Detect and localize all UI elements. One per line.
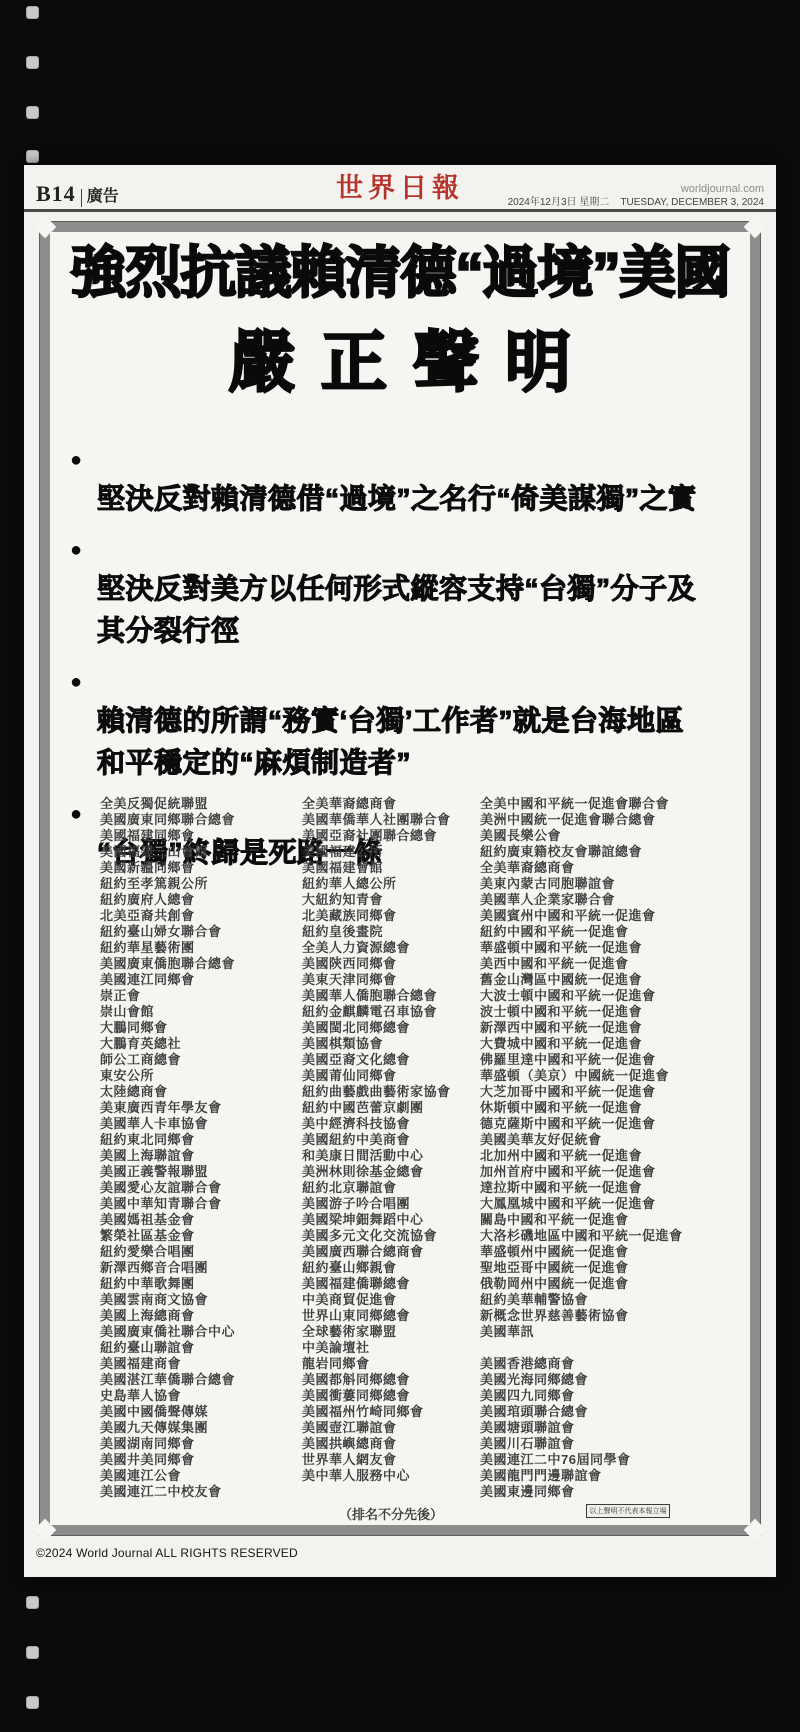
org-list-item: 德克薩斯中國和平統一促進會 xyxy=(480,1116,744,1132)
left-edge-marker-icon xyxy=(26,1646,39,1659)
org-list-item: 崇正會 xyxy=(100,988,302,1004)
org-list-item: 波士頓中國和平統一促進會 xyxy=(480,1004,744,1020)
org-list-item: 華盛頓中國和平統一促進會 xyxy=(480,940,744,956)
org-list-item: 美國福建商會 xyxy=(100,1356,302,1372)
org-list-item: 美國福州竹崎同鄉會 xyxy=(302,1404,480,1420)
org-list-item: 崇山會館 xyxy=(100,1004,302,1020)
org-list-item: 紐約中華歌舞團 xyxy=(100,1276,302,1292)
org-list-item: 美中經濟科技協會 xyxy=(302,1116,480,1132)
org-list-item: 美國龍門門邊聯誼會 xyxy=(480,1468,744,1484)
org-list-item: 大鵬育英總社 xyxy=(100,1036,302,1052)
org-list-item: 美國長樂公會 xyxy=(480,828,744,844)
org-list-item: 美國多元文化交流協會 xyxy=(302,1228,480,1244)
screenshot-root: B14 廣告 世界日報 worldjournal.com 2024年12月3日 … xyxy=(0,0,800,1732)
org-list-item: 大波士頓中國和平統一促進會 xyxy=(480,988,744,1004)
ad-headline-line1: 強烈抗議賴清德“過境”美國 xyxy=(50,242,750,304)
org-list-item: 全美人力資源總會 xyxy=(302,940,480,956)
org-list-item: 休斯頓中國和平統一促進會 xyxy=(480,1100,744,1116)
left-edge-marker-icon xyxy=(26,1596,39,1609)
org-list-item: 美西中國和平統一促進會 xyxy=(480,956,744,972)
org-list-item: 美國陝西同鄉會 xyxy=(302,956,480,972)
org-list-item: 美國連江公會 xyxy=(100,1468,302,1484)
statement-bullet: ●堅決反對美方以任何形式縱容支持“台獨”分子及 其分裂行徑 xyxy=(70,526,740,652)
org-list-item: 紐約美華輔警協會 xyxy=(480,1292,744,1308)
org-list-item: 關島中國和平統一促進會 xyxy=(480,1212,744,1228)
statement-bullet: ●賴清德的所謂“務實‘台獨’工作者”就是台海地區 和平穩定的“麻煩制造者” xyxy=(70,658,740,784)
org-list-item: 和美康日間活動中心 xyxy=(302,1148,480,1164)
org-list-item: 美洲中國統一促進會聯合總會 xyxy=(480,812,744,828)
org-list-item: 舊金山灣區中國統一促進會 xyxy=(480,972,744,988)
org-list-item: 美國廣西聯合總商會 xyxy=(302,1244,480,1260)
org-list-item: 華盛頓州中國統一促進會 xyxy=(480,1244,744,1260)
org-list-item: 美國莆仙同鄉會 xyxy=(302,1068,480,1084)
org-list-item: 美國媽祖基金會 xyxy=(100,1212,302,1228)
org-list-item: 全美華裔總商會 xyxy=(480,860,744,876)
org-list-item: 大費城中國和平統一促進會 xyxy=(480,1036,744,1052)
org-list-item: 紐約臺山聯誼會 xyxy=(100,1340,302,1356)
signatory-organizations: 全美反獨促統聯盟美國廣東同鄉聯合總會美國福建同鄉會美國福建三山會館美國新疆同鄉會… xyxy=(100,796,744,1500)
org-list-item: 美國拱嶼總商會 xyxy=(302,1436,480,1452)
org-list-item: 美國香港總商會 xyxy=(480,1356,744,1372)
org-list-item: 世界華人網友會 xyxy=(302,1452,480,1468)
org-list-item: 紐約臺山鄉親會 xyxy=(302,1260,480,1276)
left-edge-marker-icon xyxy=(26,56,39,69)
org-list-item: 加州首府中國和平統一促進會 xyxy=(480,1164,744,1180)
org-list-item: 全美華裔總商會 xyxy=(302,796,480,812)
org-list-item: 大紐約知青會 xyxy=(302,892,480,908)
disclaimer-box: 以上聲明不代表本報立場 xyxy=(586,1504,670,1518)
org-list-item: 美國中國僑聲傳媒 xyxy=(100,1404,302,1420)
org-list-item: 美國華人僑胞聯合總會 xyxy=(302,988,480,1004)
org-list-item xyxy=(480,1340,744,1356)
org-list-item: 美國華人卡車協會 xyxy=(100,1116,302,1132)
org-list-item: 美國棋類協會 xyxy=(302,1036,480,1052)
org-list-item: 達拉斯中國和平統一促進會 xyxy=(480,1180,744,1196)
org-list-item: 紐約華星藝術團 xyxy=(100,940,302,956)
org-list-item: 美國廣東同鄉聯合總會 xyxy=(100,812,302,828)
org-list-item: 美東天津同鄉會 xyxy=(302,972,480,988)
org-list-item: 紐約北京聯誼會 xyxy=(302,1180,480,1196)
org-list-item: 美洲林則徐基金總會 xyxy=(302,1164,480,1180)
org-list-item: 美國琯頭聯合總會 xyxy=(480,1404,744,1420)
org-list-item: 美國光海同鄉總會 xyxy=(480,1372,744,1388)
org-list-item: 聖地亞哥中國統一促進會 xyxy=(480,1260,744,1276)
org-list-item: 新澤西中國和平統一促進會 xyxy=(480,1020,744,1036)
website-url: worldjournal.com xyxy=(508,183,764,197)
bullet-text: 堅決反對美方以任何形式縱容支持“台獨”分子及 其分裂行徑 xyxy=(97,573,696,646)
org-list-item: 美國福建公所 xyxy=(302,844,480,860)
org-list-item: 美國福建同鄉會 xyxy=(100,828,302,844)
left-edge-marker-icon xyxy=(26,106,39,119)
org-list-item: 美國湛江華僑聯合總會 xyxy=(100,1372,302,1388)
org-list-item: 佛羅里達中國和平統一促進會 xyxy=(480,1052,744,1068)
org-list-item: 美國亞裔社團聯合總會 xyxy=(302,828,480,844)
org-list-item: 美國四九同鄉會 xyxy=(480,1388,744,1404)
org-list-item: 繁榮社區基金會 xyxy=(100,1228,302,1244)
org-list-item: 美國塘頭聯誼會 xyxy=(480,1420,744,1436)
org-list-item: 俄勒岡州中國統一促進會 xyxy=(480,1276,744,1292)
ad-headline-line2: 嚴正聲明 xyxy=(50,326,750,399)
org-list-item: 太陸總商會 xyxy=(100,1084,302,1100)
org-list-item: 美國九天傳媒集團 xyxy=(100,1420,302,1436)
newspaper-page: B14 廣告 世界日報 worldjournal.com 2024年12月3日 … xyxy=(24,165,776,1577)
org-list-item: 美國雲南商文協會 xyxy=(100,1292,302,1308)
org-list-item: 新概念世界慈善藝術協會 xyxy=(480,1308,744,1324)
header-rule xyxy=(24,209,776,212)
org-list-item: 世界山東同鄉總會 xyxy=(302,1308,480,1324)
org-list-item: 美國福建三山會館 xyxy=(100,844,302,860)
copyright-line: ©2024 World Journal ALL RIGHTS RESERVED xyxy=(36,1546,298,1560)
org-list-item: 紐約曲藝戲曲藝術家協會 xyxy=(302,1084,480,1100)
org-column-1: 全美反獨促統聯盟美國廣東同鄉聯合總會美國福建同鄉會美國福建三山會館美國新疆同鄉會… xyxy=(100,796,302,1500)
org-list-item: 美國連江同鄉會 xyxy=(100,972,302,988)
org-list-item: 美國川石聯誼會 xyxy=(480,1436,744,1452)
org-list-item: 美國湖南同鄉會 xyxy=(100,1436,302,1452)
org-list-item: 新澤西鄉音合唱團 xyxy=(100,1260,302,1276)
org-list-item: 紐約愛樂合唱團 xyxy=(100,1244,302,1260)
org-list-item: 大洛杉磯地區中國和平統一促進會 xyxy=(480,1228,744,1244)
org-list-item: 美國美華友好促統會 xyxy=(480,1132,744,1148)
org-list-item: 紐約中國芭蕾京劇團 xyxy=(302,1100,480,1116)
org-list-item: 美國福建僑聯總會 xyxy=(302,1276,480,1292)
org-list-item: 美國壺江聯誼會 xyxy=(302,1420,480,1436)
org-list-item: 美國正義警報聯盟 xyxy=(100,1164,302,1180)
org-column-2: 全美華裔總商會美國華僑華人社團聯合會美國亞裔社團聯合總會美國福建公所美國福建會館… xyxy=(302,796,480,1500)
org-list-item: 美國亞裔文化總會 xyxy=(302,1052,480,1068)
org-list-item: 全球藝術家聯盟 xyxy=(302,1324,480,1340)
org-list-item: 美國連江二中校友會 xyxy=(100,1484,302,1500)
org-list-item: 紐約廣東籍校友會聯誼總會 xyxy=(480,844,744,860)
org-list-item: 美國游子吟合唱團 xyxy=(302,1196,480,1212)
org-list-item: 中美論壇社 xyxy=(302,1340,480,1356)
org-list-item: 全美反獨促統聯盟 xyxy=(100,796,302,812)
org-list-item: 美國華僑華人社團聯合會 xyxy=(302,812,480,828)
date-english: TUESDAY, DECEMBER 3, 2024 xyxy=(620,197,764,208)
org-list-item: 美國衝蔞同鄉總會 xyxy=(302,1388,480,1404)
org-list-item: 美國愛心友誼聯合會 xyxy=(100,1180,302,1196)
org-list-item: 美國華訊 xyxy=(480,1324,744,1340)
org-list-item: 美國紐約中美商會 xyxy=(302,1132,480,1148)
org-list-item: 北加州中國和平統一促進會 xyxy=(480,1148,744,1164)
org-list-item: 大鳳凰城中國和平統一促進會 xyxy=(480,1196,744,1212)
org-list-item: 紐約至孝篤親公所 xyxy=(100,876,302,892)
org-list-item: 美中華人服務中心 xyxy=(302,1468,480,1484)
bullet-dot-icon: ● xyxy=(70,667,83,697)
org-list-item: 美國東邊同鄉會 xyxy=(480,1484,744,1500)
org-list-item: 龍岩同鄉會 xyxy=(302,1356,480,1372)
org-list-item: 美國新疆同鄉會 xyxy=(100,860,302,876)
org-list-item: 紐約臺山婦女聯合會 xyxy=(100,924,302,940)
org-list-item: 美東內蒙古同胞聯誼會 xyxy=(480,876,744,892)
frame-corner-ornament xyxy=(744,216,767,239)
frame-corner-ornament xyxy=(34,1519,57,1542)
org-list-item: 全美中國和平統一促進會聯合會 xyxy=(480,796,744,812)
left-edge-marker-icon xyxy=(26,6,39,19)
org-list-item: 美國井美同鄉會 xyxy=(100,1452,302,1468)
date-chinese: 2024年12月3日 星期二 xyxy=(508,197,610,208)
org-list-item: 中美商貿促進會 xyxy=(302,1292,480,1308)
header-meta: worldjournal.com 2024年12月3日 星期二 TUESDAY,… xyxy=(508,183,764,209)
org-list-item: 華盛頓（美京）中國統一促進會 xyxy=(480,1068,744,1084)
org-list-item: 美東廣西青年學友會 xyxy=(100,1100,302,1116)
org-list-item: 美國福建會館 xyxy=(302,860,480,876)
org-list-item: 美國廣東僑胞聯合總會 xyxy=(100,956,302,972)
org-list-item: 美國連江二中76屆同學會 xyxy=(480,1452,744,1468)
org-list-item: 紐約東北同鄉會 xyxy=(100,1132,302,1148)
org-list-item: 美國廣東僑社聯合中心 xyxy=(100,1324,302,1340)
bullet-text: 賴清德的所謂“務實‘台獨’工作者”就是台海地區 和平穩定的“麻煩制造者” xyxy=(97,705,684,778)
org-list-item: 美國閩北同鄉總會 xyxy=(302,1020,480,1036)
bullet-text: 堅決反對賴清德借“過境”之名行“倚美謀獨”之實 xyxy=(97,483,697,514)
org-list-item: 紐約中國和平統一促進會 xyxy=(480,924,744,940)
bullet-dot-icon: ● xyxy=(70,799,83,829)
date-line: 2024年12月3日 星期二 TUESDAY, DECEMBER 3, 2024 xyxy=(508,197,764,210)
statement-bullet: ●堅決反對賴清德借“過境”之名行“倚美謀獨”之實 xyxy=(70,436,740,520)
org-list-item: 美國上海總商會 xyxy=(100,1308,302,1324)
frame-corner-ornament xyxy=(744,1519,767,1542)
page-header: B14 廣告 世界日報 worldjournal.com 2024年12月3日 … xyxy=(36,175,764,209)
left-edge-marker-icon xyxy=(26,1696,39,1709)
org-list-item: 美國賓州中國和平統一促進會 xyxy=(480,908,744,924)
org-list-item: 大芝加哥中國和平統一促進會 xyxy=(480,1084,744,1100)
bullet-dot-icon: ● xyxy=(70,535,83,565)
org-list-item: 紐約華人總公所 xyxy=(302,876,480,892)
org-list-item: 美國中華知青聯合會 xyxy=(100,1196,302,1212)
org-list-item: 美國華人企業家聯合會 xyxy=(480,892,744,908)
org-list-item: 美國都斛同鄉總會 xyxy=(302,1372,480,1388)
org-list-item: 史島華人協會 xyxy=(100,1388,302,1404)
org-list-item: 美國上海聯誼會 xyxy=(100,1148,302,1164)
org-list-item: 北美亞裔共創會 xyxy=(100,908,302,924)
bullet-dot-icon: ● xyxy=(70,445,83,475)
left-edge-marker-icon xyxy=(26,150,39,163)
org-column-3: 全美中國和平統一促進會聯合會美洲中國統一促進會聯合總會美國長樂公會紐約廣東籍校友… xyxy=(480,796,744,1500)
org-list-item: 北美藏族同鄉會 xyxy=(302,908,480,924)
frame-corner-ornament xyxy=(34,216,57,239)
advertisement-frame: 強烈抗議賴清德“過境”美國 嚴正聲明 ●堅決反對賴清德借“過境”之名行“倚美謀獨… xyxy=(40,222,760,1535)
org-list-item: 東安公所 xyxy=(100,1068,302,1084)
org-list-item: 師公工商總會 xyxy=(100,1052,302,1068)
org-list-item: 紐約皇後畫院 xyxy=(302,924,480,940)
org-list-item: 紐約金麒麟電召車協會 xyxy=(302,1004,480,1020)
org-list-item: 大鵬同鄉會 xyxy=(100,1020,302,1036)
org-list-item: 美國梁坤鈿舞蹈中心 xyxy=(302,1212,480,1228)
org-list-item: 紐約廣府人總會 xyxy=(100,892,302,908)
ranking-note: （排名不分先後） xyxy=(302,1504,480,1523)
